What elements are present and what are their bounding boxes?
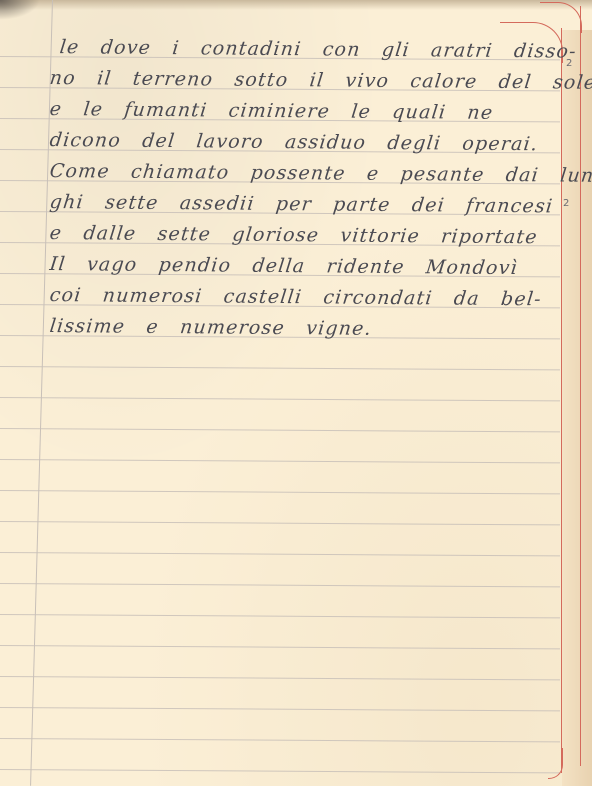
text-line: lissime e numerose vigne. (48, 311, 582, 347)
ruled-line (0, 397, 560, 401)
ruled-line (0, 707, 560, 711)
text-line: e le fumanti ciminiere le quali ne (48, 94, 582, 130)
margin-mark: 2 (563, 198, 569, 209)
ruled-line (0, 645, 560, 649)
text-line: dicono del lavoro assiduo degli operai. (48, 125, 582, 161)
page-edge-line (580, 6, 581, 766)
ruled-line (0, 614, 560, 618)
ruled-line (0, 490, 560, 494)
text-line: coi numerosi castelli circondati da bel- (48, 280, 582, 316)
margin-mark: 2 (566, 58, 572, 69)
ruled-line (0, 769, 560, 773)
ruled-line (0, 521, 560, 525)
text-line: ghi sette assedii per parte dei francesi (48, 187, 582, 223)
ruled-line (0, 738, 560, 742)
ruled-line (0, 366, 560, 370)
ruled-line (0, 583, 560, 587)
ruled-line (0, 459, 560, 463)
text-line: le dove i contadini con gli aratri disso… (48, 32, 582, 68)
page-edge-curve (548, 748, 563, 779)
ruled-line (0, 428, 560, 432)
ruled-line (0, 676, 560, 680)
notebook-page: le dove i contadini con gli aratri disso… (0, 0, 592, 786)
text-line: Il vago pendio della ridente Mondovì (48, 249, 582, 285)
text-line: e dalle sette gloriose vittorie riportat… (48, 218, 582, 254)
text-line: Come chiamato possente e pesante dai lun… (48, 156, 582, 192)
handwritten-text: le dove i contadini con gli aratri disso… (48, 32, 578, 342)
text-line: no il terreno sotto il vivo calore del s… (48, 63, 582, 99)
ruled-line (0, 552, 560, 556)
top-shadow (0, 0, 592, 10)
corner-shadow (0, 0, 40, 20)
